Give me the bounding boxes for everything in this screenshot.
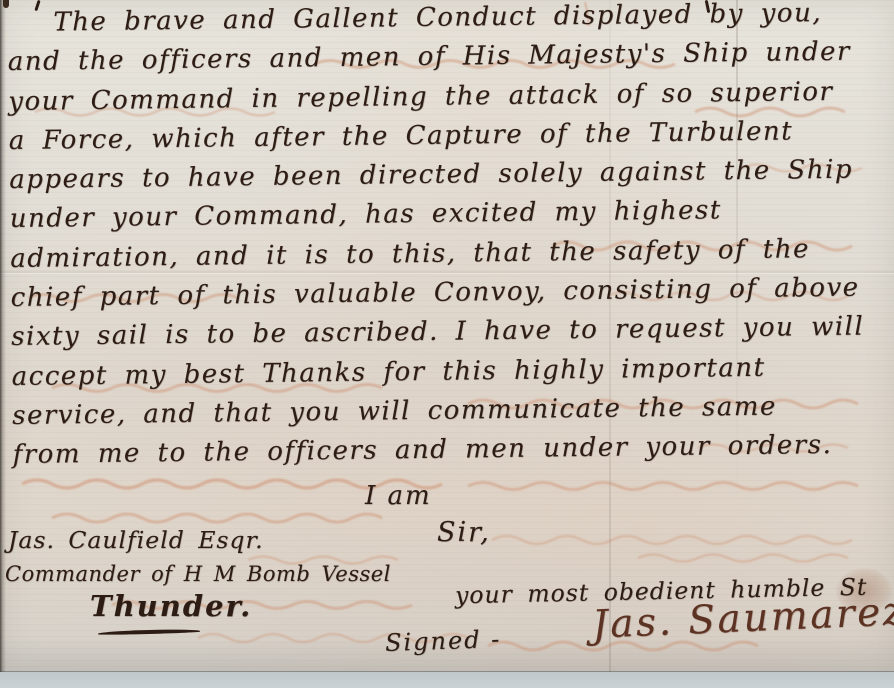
signed-label: Signed - bbox=[385, 625, 502, 657]
closing-i-am: I am bbox=[365, 481, 432, 511]
letter-scan: The brave and Gallent Conduct displayed … bbox=[0, 0, 894, 688]
letter-page: The brave and Gallent Conduct displayed … bbox=[0, 0, 894, 672]
closing-sir: Sir, bbox=[437, 517, 491, 548]
recipient-ship-name: Thunder. bbox=[90, 589, 252, 623]
recipient-name: Jas. Caulfield Esqr. bbox=[8, 526, 264, 554]
recipient-title: Commander of H M Bomb Vessel bbox=[5, 562, 391, 586]
scanner-background-strip bbox=[0, 672, 894, 688]
letter-body: The brave and Gallent Conduct displayed … bbox=[7, 0, 893, 476]
